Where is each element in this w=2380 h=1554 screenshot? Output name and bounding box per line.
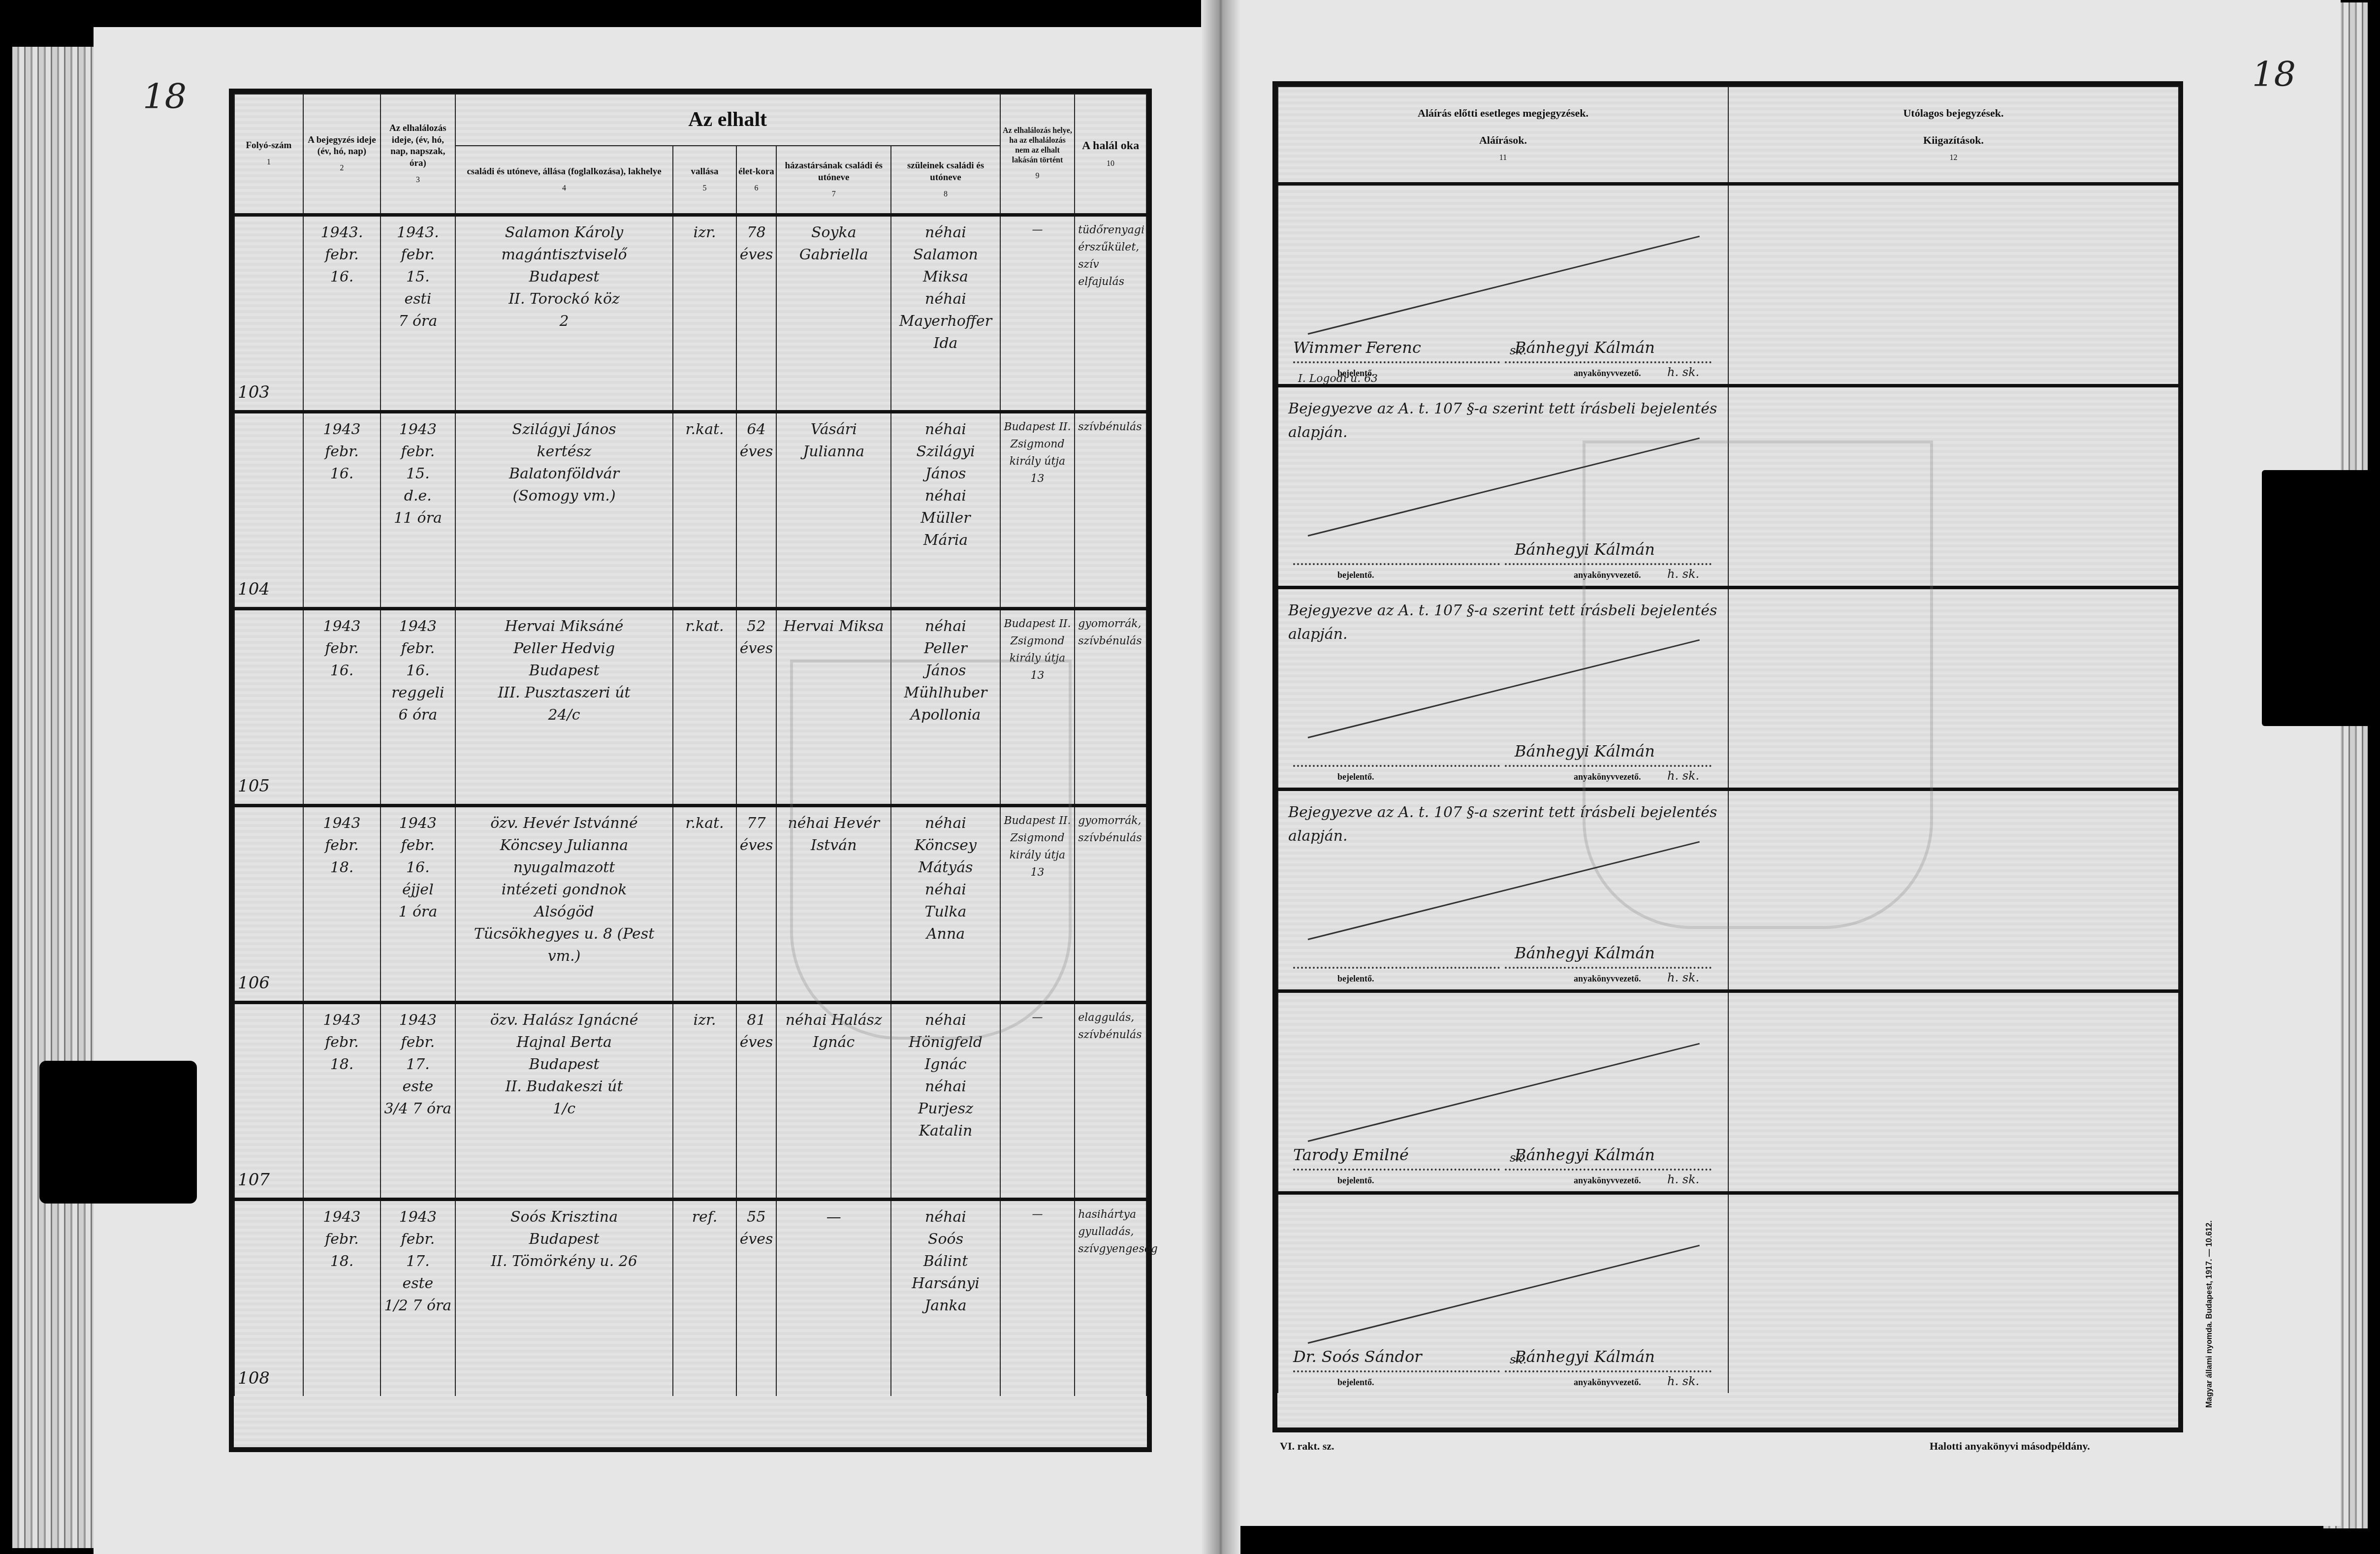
coat-of-arms-watermark bbox=[790, 660, 1072, 1040]
serial-number: 106 bbox=[234, 805, 303, 1002]
religion: izr. bbox=[673, 215, 736, 412]
signature-row: Tarody Emilnébejelentő.sk.Bánhegyi Kálmá… bbox=[1278, 991, 2179, 1193]
deceased-details: Szilágyi JánoskertészBalatonföldvár(Somo… bbox=[455, 412, 673, 608]
registrar-signature: Bánhegyi Kálmán bbox=[1515, 538, 1655, 561]
age: 52 éves bbox=[736, 608, 777, 805]
header-later-entries: Utólagos bejegyzések. Kiigazítások. 12 bbox=[1728, 87, 2179, 184]
deceased-details: Hervai MiksánéPeller HedvigBudapestIII. … bbox=[455, 608, 673, 805]
later-entries-cell bbox=[1728, 588, 2179, 790]
footer-form-title: Halotti anyakönyvi másodpéldány. bbox=[1930, 1440, 2090, 1453]
remarks-signature-cell: Dr. Soós Sándorbejelentő.sk.Bánhegyi Kál… bbox=[1278, 1193, 1728, 1394]
age: 78 éves bbox=[736, 215, 777, 412]
registrar-sk-mark: h. sk. bbox=[1667, 1171, 1699, 1188]
parents-names: néhaiSoósBálintHarsányiJankа bbox=[891, 1199, 1000, 1396]
age: 55 éves bbox=[736, 1199, 777, 1396]
cause-of-death: gyomorrák, szívbénulás bbox=[1075, 805, 1146, 1002]
registrar-label: anyakönyvvezető. bbox=[1574, 1174, 1641, 1187]
place-of-death: Budapest II. Zsigmond király útja 13 bbox=[1000, 412, 1075, 608]
registrar-signature: Bánhegyi Kálmán bbox=[1515, 941, 1655, 965]
left-page-edges bbox=[12, 47, 96, 1548]
header-death-time: Az elhalálozás ideje, (év, hó, nap, naps… bbox=[381, 94, 455, 215]
header-parents: szüleinek családi és utóneve8 bbox=[891, 146, 1000, 215]
header-spouse: házastársának családi és utóneve7 bbox=[776, 146, 891, 215]
registrar-signature: Bánhegyi Kálmán bbox=[1515, 336, 1655, 359]
remark-note: Bejegyezve az A. t. 107 §-a szerint tett… bbox=[1288, 801, 1718, 848]
remark-note: Bejegyezve az A. t. 107 §-a szerint tett… bbox=[1288, 397, 1718, 444]
place-of-death: — bbox=[1000, 215, 1075, 412]
age: 81 éves bbox=[736, 1002, 777, 1199]
death-time: 1943febr.16.reggeli6 óra bbox=[381, 608, 455, 805]
death-time: 1943febr.16.éjjel1 óra bbox=[381, 805, 455, 1002]
later-entries-cell bbox=[1728, 1193, 2179, 1394]
reporter-signature: Wimmer Ferenc bbox=[1293, 336, 1421, 359]
later-entries-cell bbox=[1728, 991, 2179, 1193]
cause-of-death: elaggulás, szívbénulás bbox=[1075, 1002, 1146, 1199]
signature-row: Wimmer Ferencbejelentő.sk.I. Logodi u. 6… bbox=[1278, 184, 2179, 386]
later-entries-cell bbox=[1728, 790, 2179, 991]
header-deceased-group: Az elhalt bbox=[455, 94, 1000, 146]
reporter-signature-line bbox=[1293, 563, 1500, 565]
remarks-signature-cell: Bejegyezve az A. t. 107 §-a szerint tett… bbox=[1278, 588, 1728, 790]
book-spread: 18 18 Folyó-szám1 A bejegyzés ideje (év,… bbox=[0, 0, 2380, 1554]
cancellation-stroke bbox=[1308, 438, 1700, 537]
printer-imprint: Magyar állami nyomda. Budapest, 1917. — … bbox=[2205, 1220, 2214, 1408]
reporter-signature-line bbox=[1293, 765, 1500, 767]
registrar-sk-mark: h. sk. bbox=[1667, 565, 1699, 583]
cancellation-stroke bbox=[1308, 639, 1700, 738]
header-cause-of-death: A halál oka10 bbox=[1075, 94, 1146, 215]
religion: r.kat. bbox=[673, 412, 736, 608]
reporter-signature: Tarody Emilné bbox=[1293, 1143, 1409, 1167]
death-register-table: Folyó-szám1 A bejegyzés ideje (év, hó, n… bbox=[229, 89, 1152, 1452]
header-entry-date: A bejegyzés ideje (év, hó, nap)2 bbox=[303, 94, 381, 215]
book-gutter bbox=[1201, 0, 1240, 1554]
religion: r.kat. bbox=[673, 805, 736, 1002]
reporter-label: bejelentő. bbox=[1337, 972, 1374, 985]
reporter-address: I. Logodi u. 63 bbox=[1298, 371, 1378, 387]
reporter-label: bejelentő. bbox=[1337, 770, 1374, 784]
reporter-signature-line bbox=[1293, 1169, 1500, 1171]
entry-date: 1943febr.18. bbox=[303, 805, 381, 1002]
cause-of-death: hasihártya gyulladás, szívgyengeség bbox=[1075, 1199, 1146, 1396]
registrar-sk-mark: h. sk. bbox=[1667, 1372, 1699, 1390]
header-name-occupation-residence: családi és utóneve, állása (foglalkozása… bbox=[455, 146, 673, 215]
table-row: 1071943febr.18.1943febr.17.este3/4 7 óra… bbox=[234, 1002, 1146, 1199]
table-row: 1081943febr.18.1943febr.17.este1/2 7 óra… bbox=[234, 1199, 1146, 1396]
registrar-sk-mark: h. sk. bbox=[1667, 767, 1699, 785]
folio-number-right: 18 bbox=[2252, 54, 2296, 95]
registrar-label: anyakönyvvezető. bbox=[1574, 770, 1641, 784]
serial-number: 104 bbox=[234, 412, 303, 608]
remarks-signature-cell: Tarody Emilnébejelentő.sk.Bánhegyi Kálmá… bbox=[1278, 991, 1728, 1193]
registrar-label: anyakönyvvezető. bbox=[1574, 569, 1641, 582]
black-index-tab-right bbox=[2262, 470, 2380, 726]
footer-storage-number: VI. rakt. sz. bbox=[1280, 1440, 1334, 1453]
table-row: 1041943febr.16.1943febr.15.d.e.11 óraSzi… bbox=[234, 412, 1146, 608]
header-religion: vallása5 bbox=[673, 146, 736, 215]
cancellation-stroke bbox=[1308, 1043, 1700, 1142]
age: 77 éves bbox=[736, 805, 777, 1002]
deceased-details: özv. Hevér IstvánnéKöncsey Juliannanyuga… bbox=[455, 805, 673, 1002]
cancellation-stroke bbox=[1308, 1245, 1700, 1344]
entry-date: 1943febr.18. bbox=[303, 1002, 381, 1199]
cause-of-death: szívbénulás bbox=[1075, 412, 1146, 608]
spouse-name: Vásári Julianna bbox=[776, 412, 891, 608]
remarks-signature-cell: Bejegyezve az A. t. 107 §-a szerint tett… bbox=[1278, 790, 1728, 991]
cause-of-death: gyomorrák, szívbénulás bbox=[1075, 608, 1146, 805]
serial-number: 108 bbox=[234, 1199, 303, 1396]
entry-date: 1943.febr.16. bbox=[303, 215, 381, 412]
remarks-grid: Aláírás előtti esetleges megjegyzések. A… bbox=[1277, 86, 2179, 1393]
religion: ref. bbox=[673, 1199, 736, 1396]
signature-row: Bejegyezve az A. t. 107 §-a szerint tett… bbox=[1278, 790, 2179, 991]
serial-number: 105 bbox=[234, 608, 303, 805]
header-remarks-signatures: Aláírás előtti esetleges megjegyzések. A… bbox=[1278, 87, 1728, 184]
reporter-signature: Dr. Soós Sándor bbox=[1293, 1345, 1422, 1368]
serial-number: 103 bbox=[234, 215, 303, 412]
parents-names: néhaiSzilágyiJánosnéhaiMüllerMária bbox=[891, 412, 1000, 608]
reporter-signature-line bbox=[1293, 361, 1500, 363]
serial-number: 107 bbox=[234, 1002, 303, 1199]
age: 64 éves bbox=[736, 412, 777, 608]
registrar-label: anyakönyvvezető. bbox=[1574, 367, 1641, 380]
reporter-signature-line bbox=[1293, 1370, 1500, 1372]
reporter-label: bejelentő. bbox=[1337, 1376, 1374, 1389]
header-place-of-death: Az elhalálozás helye, ha az elhalálozás … bbox=[1000, 94, 1075, 215]
registrar-label: anyakönyvvezető. bbox=[1574, 1376, 1641, 1389]
spouse-name: — bbox=[776, 1199, 891, 1396]
reporter-label: bejelentő. bbox=[1337, 1174, 1374, 1187]
entry-date: 1943febr.18. bbox=[303, 1199, 381, 1396]
religion: r.kat. bbox=[673, 608, 736, 805]
signature-row: Bejegyezve az A. t. 107 §-a szerint tett… bbox=[1278, 588, 2179, 790]
black-index-tab-left bbox=[39, 1061, 197, 1204]
header-serial-number: Folyó-szám1 bbox=[234, 94, 303, 215]
registrar-signature: Bánhegyi Kálmán bbox=[1515, 1143, 1655, 1167]
later-entries-cell bbox=[1728, 184, 2179, 386]
table-row: 1031943.febr.16.1943.febr.15.esti7 óraSa… bbox=[234, 215, 1146, 412]
signature-row: Bejegyezve az A. t. 107 §-a szerint tett… bbox=[1278, 386, 2179, 588]
entry-date: 1943febr.16. bbox=[303, 412, 381, 608]
registrar-signature: Bánhegyi Kálmán bbox=[1515, 739, 1655, 763]
folio-number-left: 18 bbox=[143, 76, 187, 117]
registrar-sk-mark: h. sk. bbox=[1667, 363, 1699, 381]
spouse-name: Soyka Gabriella bbox=[776, 215, 891, 412]
remark-note: Bejegyezve az A. t. 107 §-a szerint tett… bbox=[1288, 599, 1718, 646]
deceased-details: Salamon KárolymagántisztviselőBudapestII… bbox=[455, 215, 673, 412]
death-time: 1943.febr.15.esti7 óra bbox=[381, 215, 455, 412]
death-time: 1943febr.17.este3/4 7 óra bbox=[381, 1002, 455, 1199]
cancellation-stroke bbox=[1308, 236, 1700, 335]
cause-of-death: tüdőrenyagi érszűkület, szív elfajulás bbox=[1075, 215, 1146, 412]
reporter-signature-line bbox=[1293, 967, 1500, 969]
cancellation-stroke bbox=[1308, 841, 1700, 940]
remarks-signatures-table: Aláírás előtti esetleges megjegyzések. A… bbox=[1272, 81, 2183, 1432]
religion: izr. bbox=[673, 1002, 736, 1199]
deceased-details: Soós KrisztinaBudapestII. Tömörkény u. 2… bbox=[455, 1199, 673, 1396]
registrar-sk-mark: h. sk. bbox=[1667, 969, 1699, 986]
registrar-label: anyakönyvvezető. bbox=[1574, 972, 1641, 985]
entry-date: 1943febr.16. bbox=[303, 608, 381, 805]
place-of-death: — bbox=[1000, 1002, 1075, 1199]
deceased-details: özv. Halász IgnácnéHajnal BertaBudapestI… bbox=[455, 1002, 673, 1199]
parents-names: néhaiSalamonMiksanéhaiMayerhofferIda bbox=[891, 215, 1000, 412]
remarks-signature-cell: Wimmer Ferencbejelentő.sk.I. Logodi u. 6… bbox=[1278, 184, 1728, 386]
later-entries-cell bbox=[1728, 386, 2179, 588]
signature-row: Dr. Soós Sándorbejelentő.sk.Bánhegyi Kál… bbox=[1278, 1193, 2179, 1394]
registrar-signature: Bánhegyi Kálmán bbox=[1515, 1345, 1655, 1368]
reporter-label: bejelentő. bbox=[1337, 569, 1374, 582]
place-of-death: — bbox=[1000, 1199, 1075, 1396]
header-age: élet-kora6 bbox=[736, 146, 777, 215]
remarks-signature-cell: Bejegyezve az A. t. 107 §-a szerint tett… bbox=[1278, 386, 1728, 588]
death-time: 1943febr.15.d.e.11 óra bbox=[381, 412, 455, 608]
death-time: 1943febr.17.este1/2 7 óra bbox=[381, 1199, 455, 1396]
